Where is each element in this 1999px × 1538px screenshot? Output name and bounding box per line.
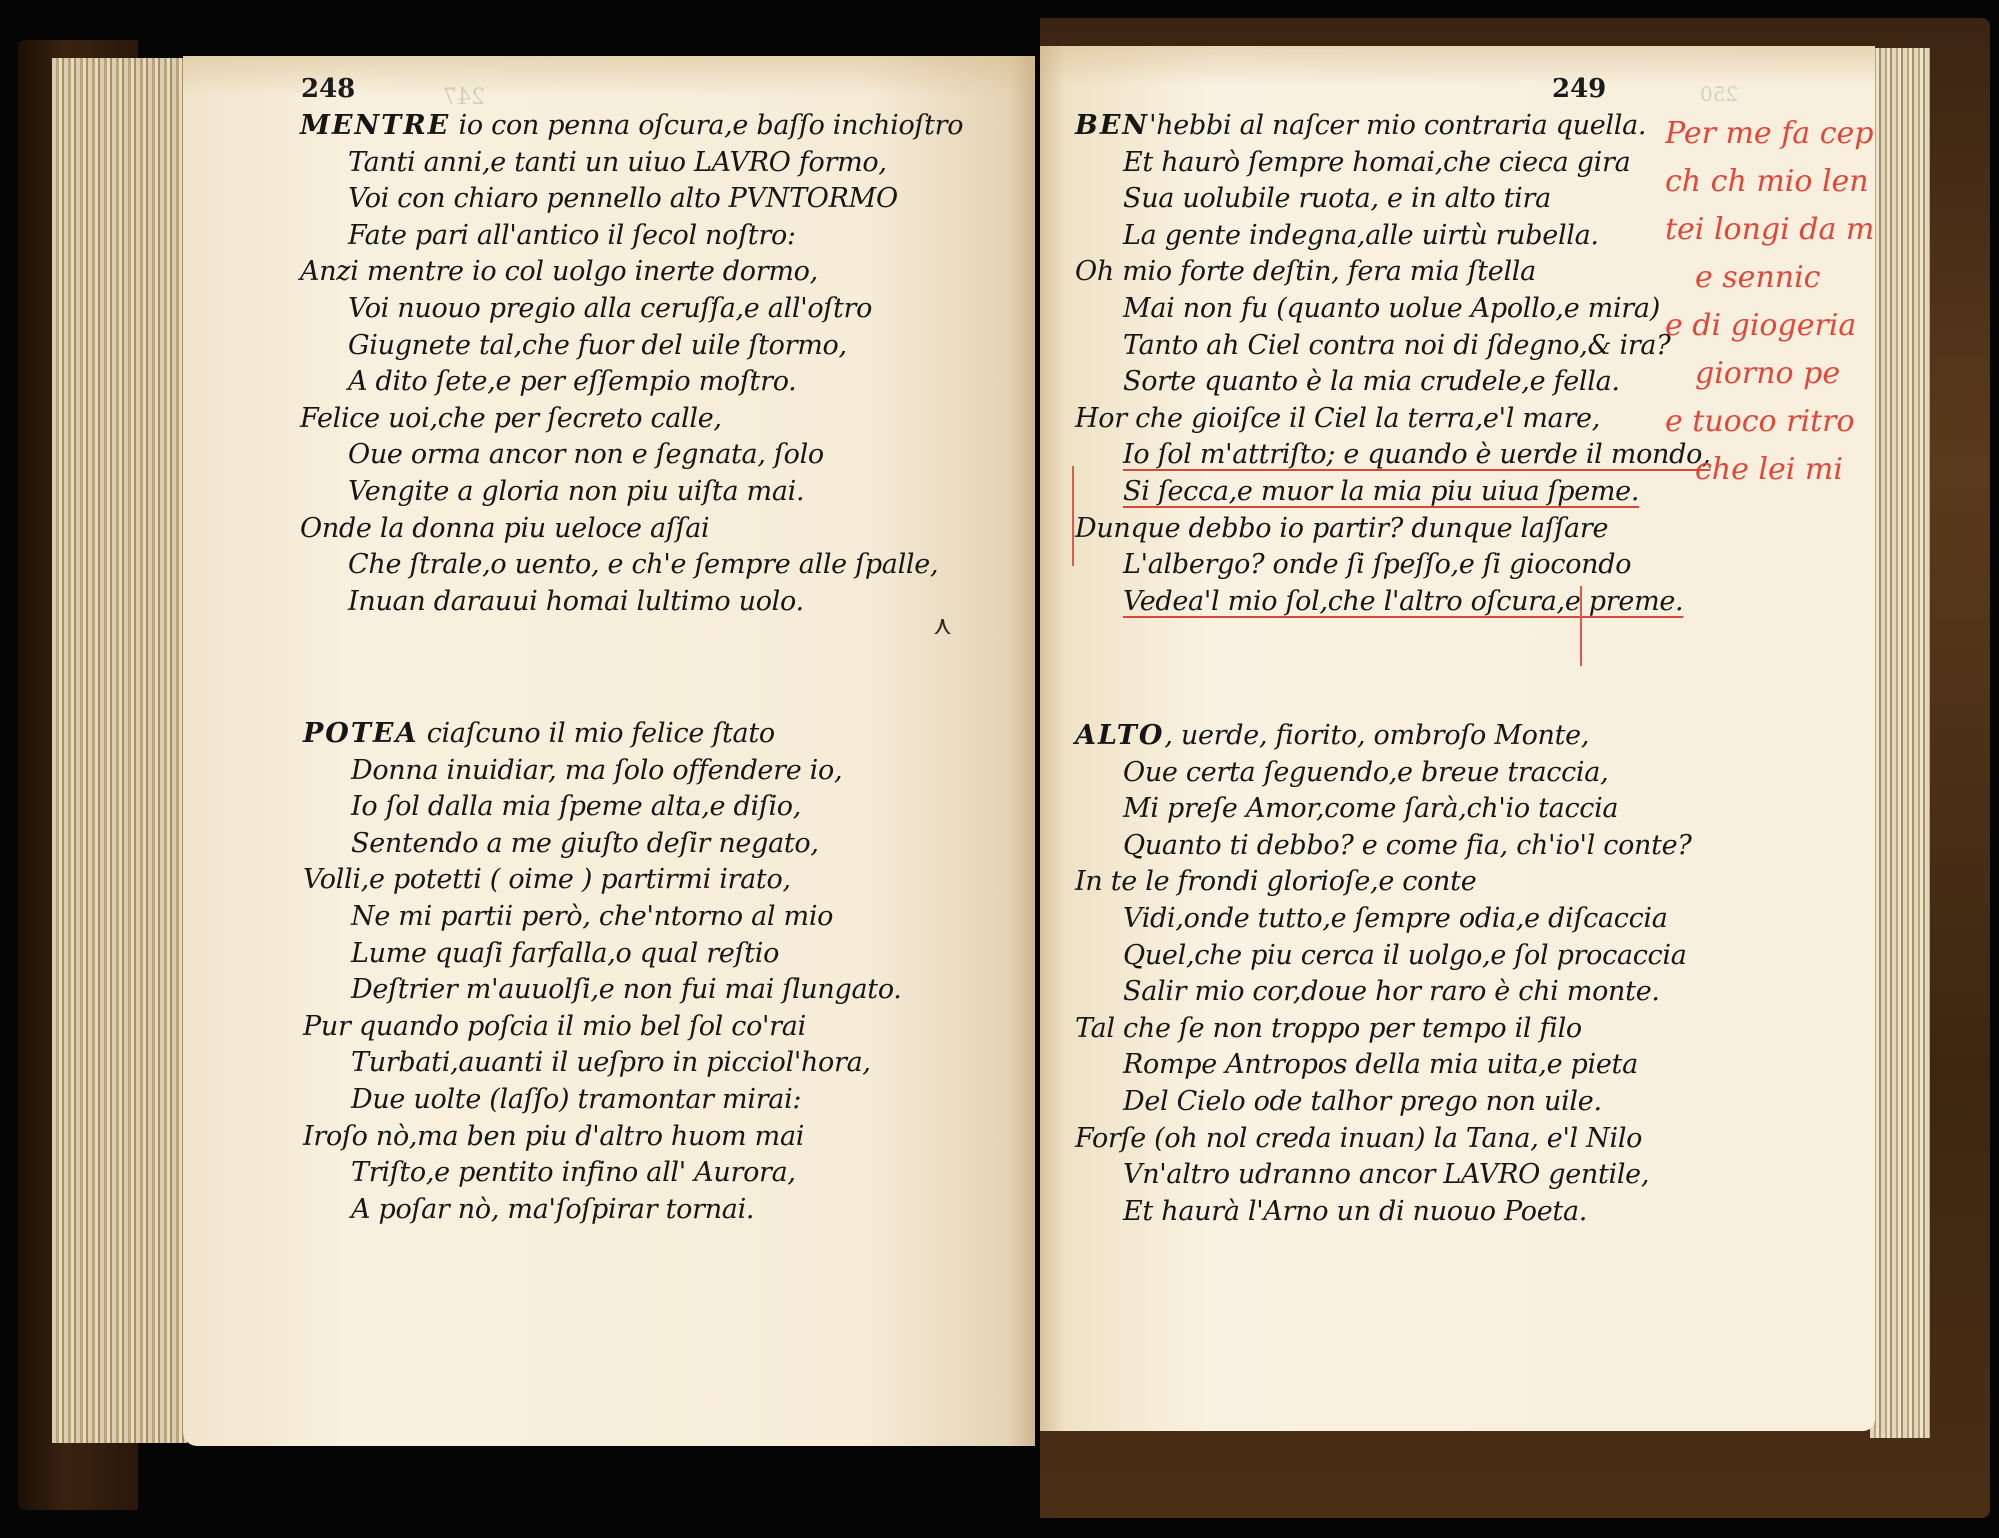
red-margin-bracket bbox=[1580, 586, 1582, 666]
verse-line: Sua uolubile ruota, e in alto tira bbox=[1075, 181, 1710, 218]
verse-line: Oh mio forte deſtin, fera mia ſtella bbox=[1075, 254, 1710, 291]
annotation-line: e tuoco ritro bbox=[1665, 398, 1875, 446]
page-number-left: 248 bbox=[301, 74, 355, 104]
verse-line: Giugnete tal,che fuor del uile ſtormo, bbox=[300, 328, 963, 365]
sonnet-3: BEN'hebbi al naſcer mio contraria quella… bbox=[1075, 108, 1710, 620]
verse-line: Anzi mentre io col uolgo inerte dormo, bbox=[300, 254, 963, 291]
verse-line-underlined: Si ſecca,e muor la mia piu uiua ſpeme. bbox=[1075, 474, 1710, 511]
annotation-line: e sennic bbox=[1665, 254, 1875, 302]
verse-line: In te le frondi glorioſe,e conte bbox=[1075, 864, 1692, 901]
annotation-line: giorno pe bbox=[1665, 350, 1875, 398]
verse-line-underlined: Io ſol m'attriſto; e quando è uerde il m… bbox=[1075, 437, 1710, 474]
verse-line: Quel,che piu cerca il uolgo,e ſol procac… bbox=[1075, 938, 1692, 975]
annotation-line: ch ch mio len bbox=[1665, 158, 1875, 206]
verse-line: Tanto ah Ciel contra noi di ſdegno,& ira… bbox=[1075, 328, 1710, 365]
verse-line: Rompe Antropos della mia uita,e pieta bbox=[1075, 1047, 1692, 1084]
verse-line: Quanto ti debbo? e come fia, ch'io'l con… bbox=[1075, 828, 1692, 865]
verse-line: Che ſtrale,o uento, e ch'e ſempre alle ſ… bbox=[300, 547, 963, 584]
verse-line: Volli,e potetti ( oime ) partirmi irato, bbox=[303, 862, 902, 899]
verse-line: Mi preſe Amor,come ſarà,ch'io taccia bbox=[1075, 791, 1692, 828]
verse-line: Donna inuidiar, ma ſolo offendere io, bbox=[303, 753, 902, 790]
verse-line: Et haurà l'Arno un di nuouo Poeta. bbox=[1075, 1194, 1692, 1231]
top-stain bbox=[1040, 46, 1875, 86]
sonnet-1: MENTRE io con penna oſcura,e baſſo inchi… bbox=[300, 108, 963, 620]
verse-line: Del Cielo ode talhor prego non uile. bbox=[1075, 1084, 1692, 1121]
verse-line: Forſe (oh nol creda inuan) la Tana, e'l … bbox=[1075, 1121, 1692, 1158]
verse-line: L'albergo? onde ſi ſpeſſo,e ſi giocondo bbox=[1075, 547, 1710, 584]
page-edges-left bbox=[52, 58, 187, 1443]
verse-line: Vn'altro udranno ancor LAVRO gentile, bbox=[1075, 1157, 1692, 1194]
verse-line: A dito ſete,e per eſſempio moſtro. bbox=[300, 364, 963, 401]
verse-line: Oue certa ſeguendo,e breue traccia, bbox=[1075, 755, 1692, 792]
annotation-line: tei longi da m bbox=[1665, 206, 1875, 254]
verse-line: Lume quaſi farfalla,o qual reſtio bbox=[303, 936, 902, 973]
verse-line: Pur quando poſcia il mio bel ſol co'rai bbox=[303, 1009, 902, 1046]
page-number-right: 249 bbox=[1552, 74, 1606, 104]
verse-line: Voi nuouo pregio alla ceruſſa,e all'oſtr… bbox=[300, 291, 963, 328]
sonnet-2: POTEA ciaſcuno il mio felice ſtato Donna… bbox=[303, 716, 902, 1228]
verse-line: Voi con chiaro pennello alto PVNTORMO bbox=[300, 181, 963, 218]
left-page: 248 247 MENTRE io con penna oſcura,e baſ… bbox=[183, 56, 1035, 1446]
verse-line: Hor che gioiſce il Ciel la terra,e'l mar… bbox=[1075, 401, 1710, 438]
verse-line: Io ſol dalla mia ſpeme alta,e diſio, bbox=[303, 789, 902, 826]
verse-line: Ne mi partii però, che'ntorno al mio bbox=[303, 899, 902, 936]
annotation-line: Per me fa cep bbox=[1665, 110, 1875, 158]
verse-line: Onde la donna piu ueloce aſſai bbox=[300, 511, 963, 548]
verse-line: ALTO, uerde, fiorito, ombroſo Monte, bbox=[1075, 718, 1692, 755]
verse-line: Vidi,onde tutto,e ſempre odia,e diſcacci… bbox=[1075, 901, 1692, 938]
annotation-line: e di giogeria bbox=[1665, 302, 1875, 350]
red-margin-bracket bbox=[1072, 466, 1074, 566]
verse-line: Et haurò ſempre homai,che cieca gira bbox=[1075, 145, 1710, 182]
verse-line: Sorte quanto è la mia crudele,e fella. bbox=[1075, 364, 1710, 401]
verse-line-underlined: Vedea'l mio ſol,che l'altro oſcura,e pre… bbox=[1075, 584, 1710, 621]
sonnet-4: ALTO, uerde, fiorito, ombroſo Monte, Oue… bbox=[1075, 718, 1692, 1230]
verse-line: Felice uoi,che per ſecreto calle, bbox=[300, 401, 963, 438]
verse-line: Mai non fu (quanto uolue Apollo,e mira) bbox=[1075, 291, 1710, 328]
pen-mark: ⋏ bbox=[933, 611, 952, 641]
verse-line: POTEA ciaſcuno il mio felice ſtato bbox=[303, 716, 902, 753]
verse-line: Oue orma ancor non e ſegnata, ſolo bbox=[300, 437, 963, 474]
annotation-line: che lei mi bbox=[1665, 446, 1875, 494]
verse-line: Vengite a gloria non piu uiſta mai. bbox=[300, 474, 963, 511]
verse-line: BEN'hebbi al naſcer mio contraria quella… bbox=[1075, 108, 1710, 145]
verse-line: Sentendo a me giuſto deſir negato, bbox=[303, 826, 902, 863]
verse-line: Iroſo nò,ma ben piu d'altro huom mai bbox=[303, 1119, 902, 1156]
verse-line: Due uolte (laſſo) tramontar mirai: bbox=[303, 1082, 902, 1119]
verse-line: Triſto,e pentito infino all' Aurora, bbox=[303, 1155, 902, 1192]
handwritten-red-annotation: Per me fa cep ch ch mio len tei longi da… bbox=[1665, 110, 1875, 494]
verse-line: Tanti anni,e tanti un uiuo LAVRO formo, bbox=[300, 145, 963, 182]
verse-line: Fate pari all'antico il ſecol noſtro: bbox=[300, 218, 963, 255]
page-edges-right bbox=[1870, 48, 1930, 1438]
verse-line: Dunque debbo io partir? dunque laſſare bbox=[1075, 511, 1710, 548]
verse-line: MENTRE io con penna oſcura,e baſſo inchi… bbox=[300, 108, 963, 145]
verse-line: Turbati,auanti il ueſpro in picciol'hora… bbox=[303, 1045, 902, 1082]
verse-line: La gente indegna,alle uirtù rubella. bbox=[1075, 218, 1710, 255]
verse-line: Tal che ſe non troppo per tempo il filo bbox=[1075, 1011, 1692, 1048]
verse-line: Salir mio cor,doue hor raro è chi monte. bbox=[1075, 974, 1692, 1011]
verse-line: A poſar nò, ma'ſoſpirar tornai. bbox=[303, 1192, 902, 1229]
verse-line: Inuan darauui homai lultimo uolo. bbox=[300, 584, 963, 621]
verse-line: Deſtrier m'auuolſi,e non fui mai ſlungat… bbox=[303, 972, 902, 1009]
